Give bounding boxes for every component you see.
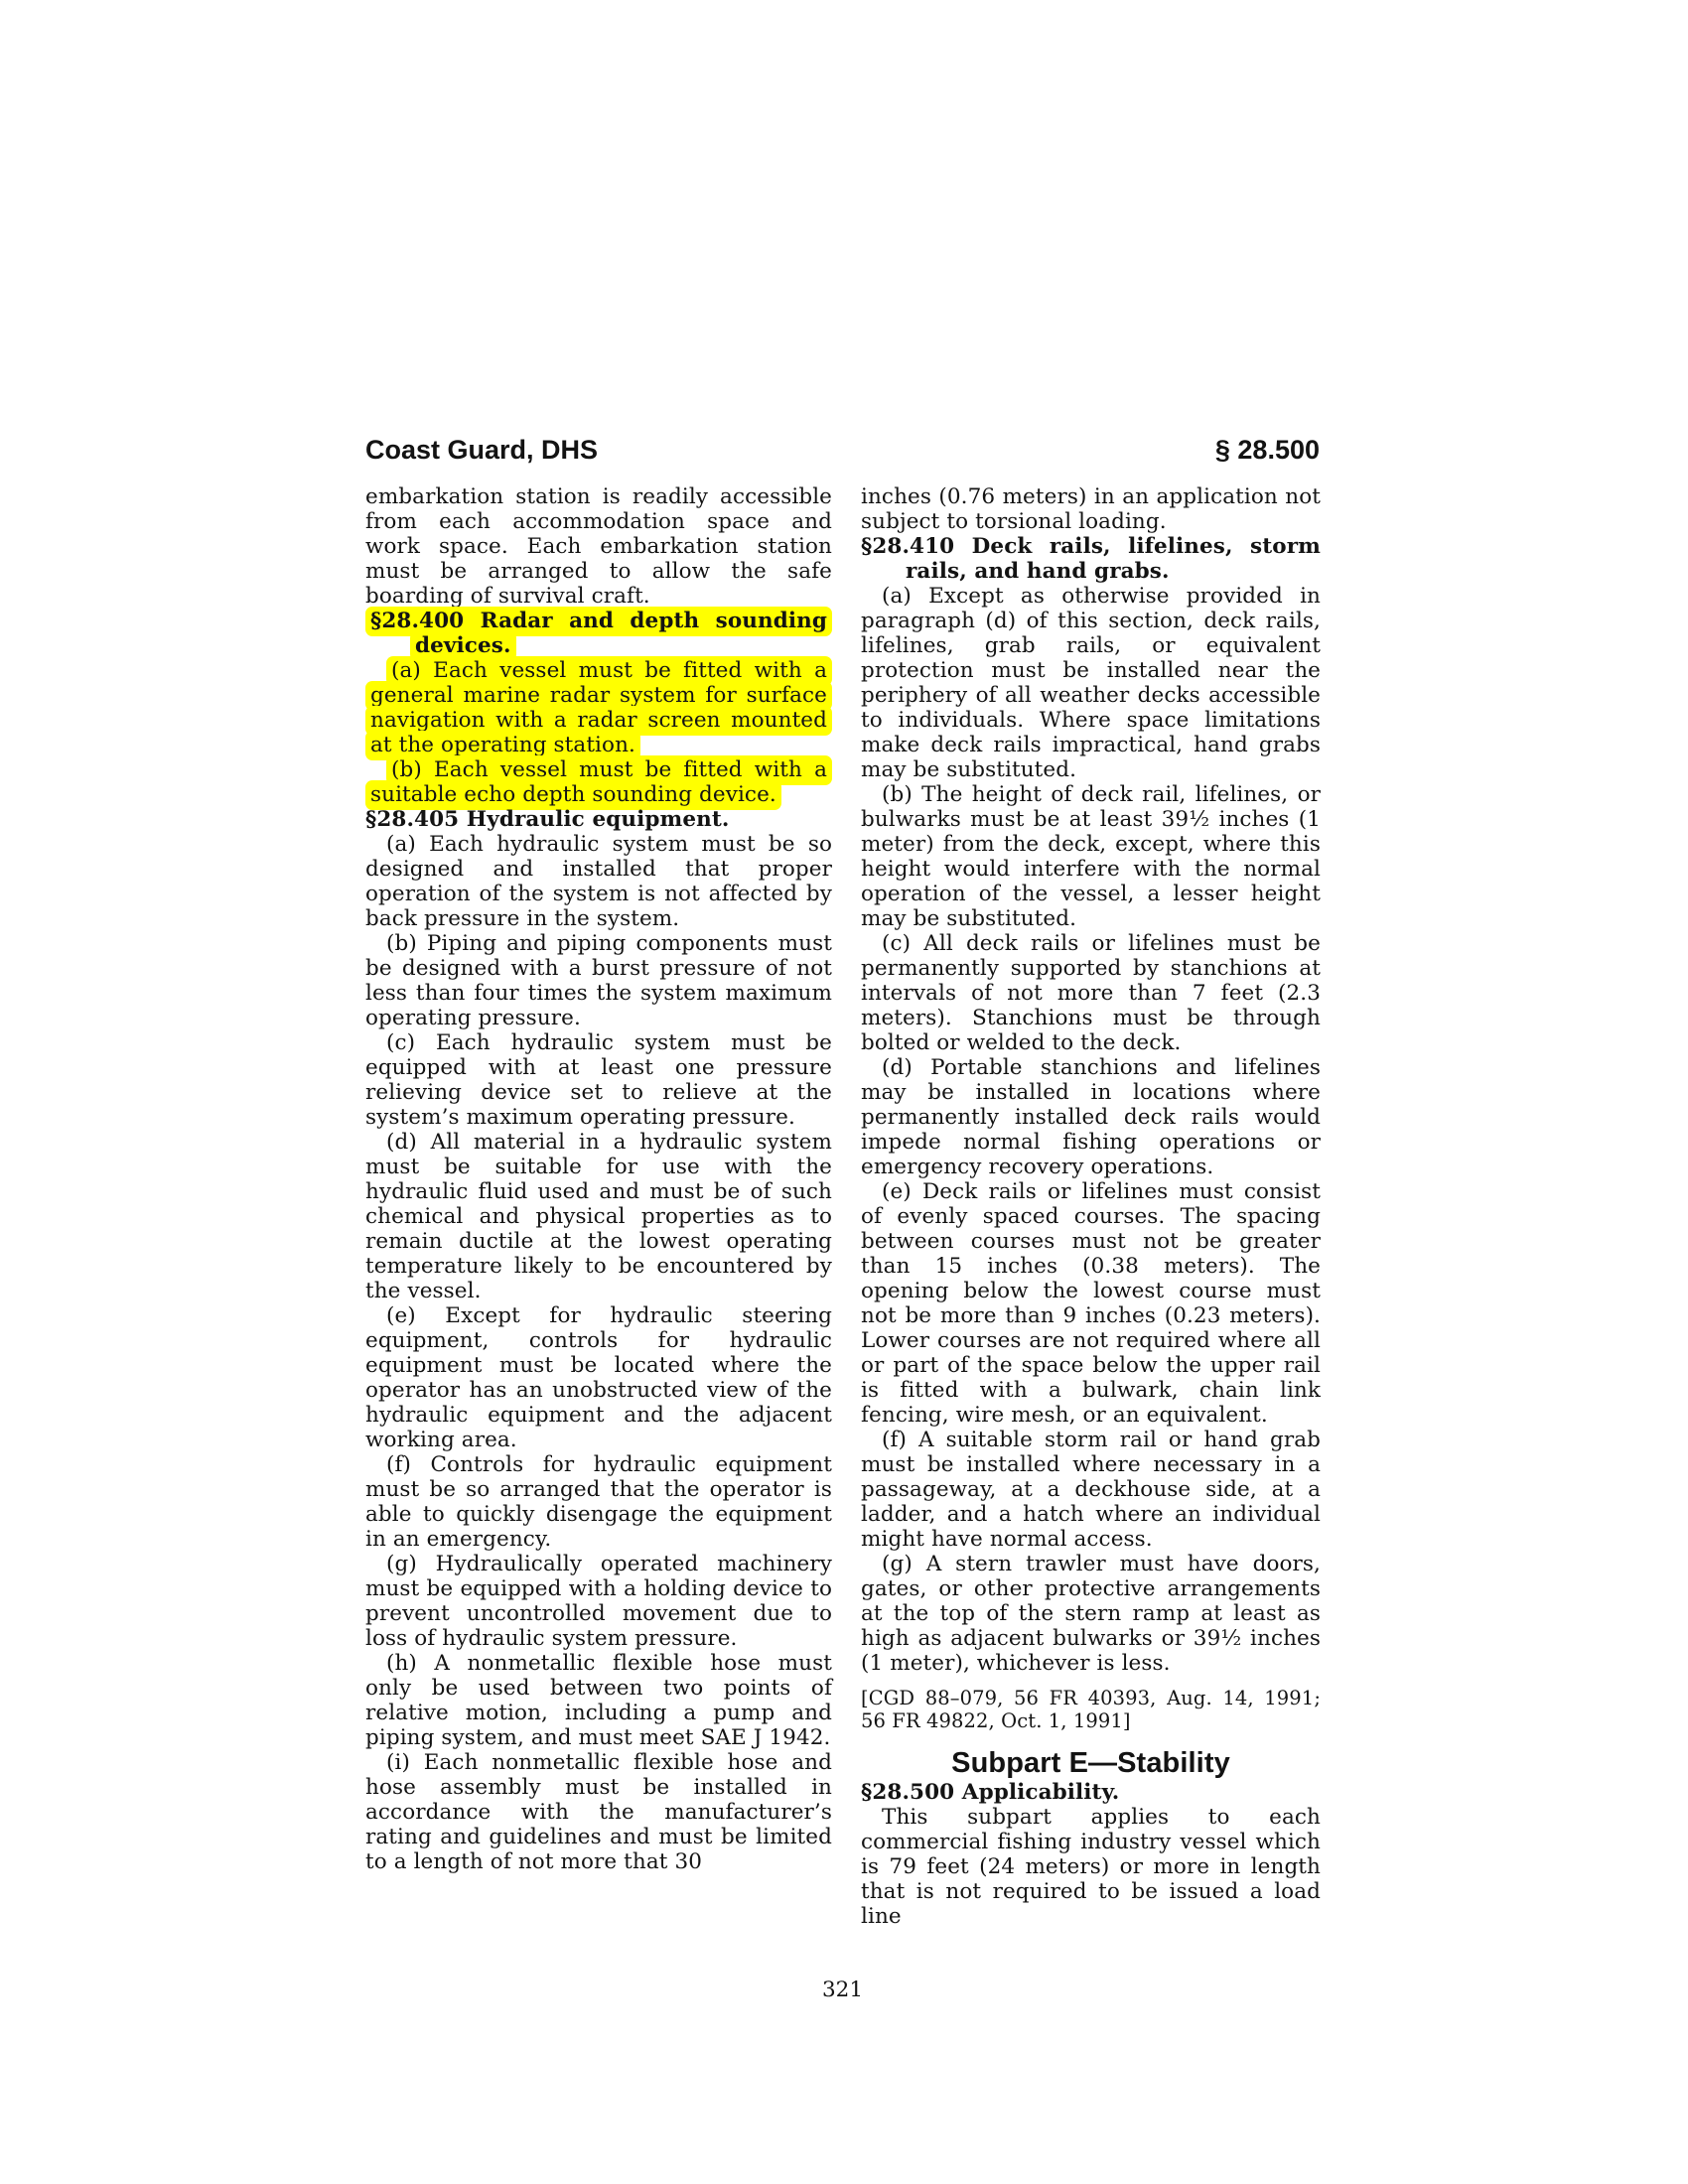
left-column: embarkation station is readily accessibl… — [365, 484, 832, 1874]
right-column: inches (0.76 meters) in an application n… — [861, 484, 1321, 1929]
body-paragraph: (b) The height of deck rail, lifelines, … — [861, 782, 1321, 931]
highlighted-paragraph: (b) Each vessel must be fitted with a su… — [365, 757, 832, 807]
body-paragraph: (h) A nonmetallic flexible hose must onl… — [365, 1651, 832, 1750]
citation: [CGD 88–079, 56 FR 40393, Aug. 14, 1991;… — [861, 1687, 1321, 1732]
body-paragraph: (f) A suitable storm rail or hand grab m… — [861, 1428, 1321, 1552]
body-paragraph: (b) Piping and piping components must be… — [365, 931, 832, 1030]
highlighted-paragraph-text: (a) Each vessel must be fitted with a ge… — [365, 656, 832, 760]
highlighted-heading-text: §28.400 Radar and depth sounding devices… — [365, 607, 832, 661]
body-paragraph: (a) Each hydraulic system must be so des… — [365, 832, 832, 931]
section-heading-28-405: §28.405 Hydraulic equipment. — [365, 807, 832, 832]
body-paragraph: (g) Hydraulically operated machinery mus… — [365, 1552, 832, 1651]
body-paragraph: This subpart applies to each commercial … — [861, 1805, 1321, 1929]
body-paragraph: (a) Except as otherwise provided in para… — [861, 584, 1321, 782]
section-heading-28-400: §28.400 Radar and depth sounding devices… — [365, 609, 832, 658]
body-paragraph: (c) All deck rails or lifelines must be … — [861, 931, 1321, 1055]
body-paragraph: (i) Each nonmetallic flexible hose and h… — [365, 1750, 832, 1874]
body-paragraph: (c) Each hydraulic system must be equipp… — [365, 1030, 832, 1130]
body-paragraph: (f) Controls for hydraulic equipment mus… — [365, 1452, 832, 1552]
running-header-right: § 28.500 — [1215, 435, 1320, 466]
subpart-heading: Subpart E—Stability — [861, 1746, 1321, 1780]
highlighted-paragraph-text: (b) Each vessel must be fitted with a su… — [365, 755, 832, 810]
body-paragraph: (d) Portable stanchions and lifelines ma… — [861, 1055, 1321, 1179]
body-paragraph: embarkation station is readily accessibl… — [365, 484, 832, 609]
running-header-left: Coast Guard, DHS — [365, 435, 598, 466]
running-header: Coast Guard, DHS § 28.500 — [365, 435, 1320, 466]
body-paragraph: (d) All material in a hydraulic system m… — [365, 1130, 832, 1303]
highlighted-paragraph: (a) Each vessel must be fitted with a ge… — [365, 658, 832, 757]
body-paragraph: (e) Deck rails or lifelines must consist… — [861, 1179, 1321, 1428]
section-heading-28-410: §28.410 Deck rails, lifelines, storm rai… — [861, 534, 1321, 584]
body-paragraph: (g) A stern trawler must have doors, gat… — [861, 1552, 1321, 1676]
body-paragraph: inches (0.76 meters) in an application n… — [861, 484, 1321, 534]
document-page: Coast Guard, DHS § 28.500 embarkation st… — [0, 0, 1688, 2184]
body-paragraph: (e) Except for hydraulic steering equipm… — [365, 1303, 832, 1452]
page-number: 321 — [365, 1978, 1320, 2002]
section-heading-28-500: §28.500 Applicability. — [861, 1780, 1321, 1805]
